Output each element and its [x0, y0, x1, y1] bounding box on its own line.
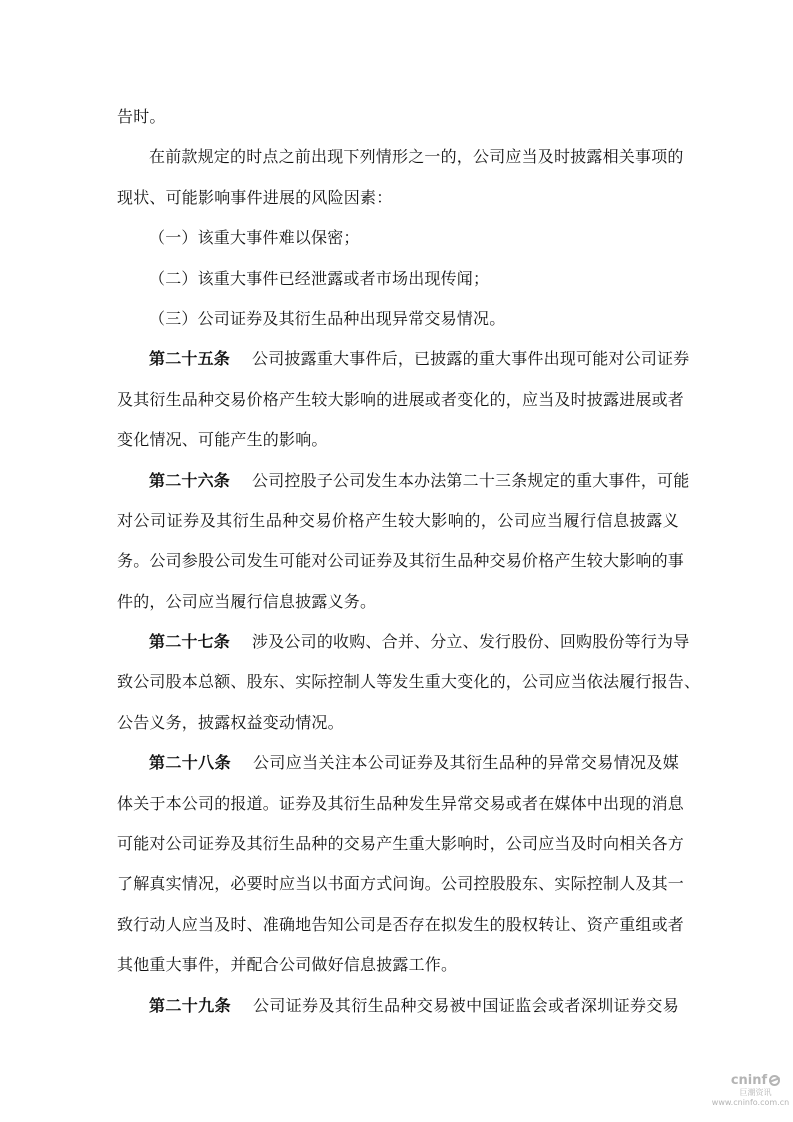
paragraph-risk-factors: 在前款规定的时点之前出现下列情形之一的，公司应当及时披露相关事项的 现状、可能影…: [117, 137, 679, 218]
cninfo-watermark: cninf 巨潮资讯 www.cninfo.com.cn: [718, 1069, 793, 1108]
article-number: 第二十九条: [149, 996, 231, 1015]
text-line: 件的，公司应当履行信息披露义务。: [117, 582, 679, 622]
article-first-line: 第二十六条公司控股子公司发生本办法第二十三条规定的重大事件，可能: [117, 461, 679, 501]
watermark-chinese-name: 巨潮资讯: [718, 1088, 793, 1098]
watermark-logo-text: cninf: [731, 1073, 767, 1088]
article-28: 第二十八条公司应当关注本公司证券及其衍生品种的异常交易情况及媒 体关于本公司的报…: [117, 743, 679, 985]
list-item: （一）该重大事件难以保密；: [117, 218, 679, 258]
text-line: 对公司证券及其衍生品种交易价格产生较大影响的，公司应当履行信息披露义: [117, 501, 679, 541]
text-line: 体关于本公司的报道。证券及其衍生品种发生异常交易或者在媒体中出现的消息: [117, 784, 679, 824]
cninfo-swirl-icon: [769, 1075, 780, 1086]
text-line: 致公司股本总额、股东、实际控制人等发生重大变化的，公司应当依法履行报告、: [117, 662, 679, 702]
document-page: 告时。 在前款规定的时点之前出现下列情形之一的，公司应当及时披露相关事项的 现状…: [117, 97, 679, 1026]
article-26: 第二十六条公司控股子公司发生本办法第二十三条规定的重大事件，可能 对公司证券及其…: [117, 461, 679, 623]
article-first-line: 第二十七条涉及公司的收购、合并、分立、发行股份、回购股份等行为导: [117, 622, 679, 662]
text-line: 了解真实情况，必要时应当以书面方式问询。公司控股股东、实际控制人及其一: [117, 864, 679, 904]
article-number: 第二十八条: [149, 753, 231, 772]
watermark-url: www.cninfo.com.cn: [708, 1098, 793, 1108]
text-line: 其他重大事件，并配合公司做好信息披露工作。: [117, 945, 679, 985]
article-27: 第二十七条涉及公司的收购、合并、分立、发行股份、回购股份等行为导 致公司股本总额…: [117, 622, 679, 743]
text-line: 可能对公司证券及其衍生品种的交易产生重大影响时，公司应当及时向相关各方: [117, 824, 679, 864]
text-line: 致行动人应当及时、准确地告知公司是否存在拟发生的股权转让、资产重组或者: [117, 905, 679, 945]
article-29: 第二十九条公司证券及其衍生品种交易被中国证监会或者深圳证券交易: [117, 986, 679, 1026]
list-risk-items: （一）该重大事件难以保密； （二）该重大事件已经泄露或者市场出现传闻； （三）公…: [117, 218, 679, 339]
list-item: （二）该重大事件已经泄露或者市场出现传闻；: [117, 259, 679, 299]
text-line: 在前款规定的时点之前出现下列情形之一的，公司应当及时披露相关事项的: [117, 137, 679, 177]
article-text: 公司应当关注本公司证券及其衍生品种的异常交易情况及媒: [253, 753, 679, 772]
text-line: 务。公司参股公司发生可能对公司证券及其衍生品种交易价格产生较大影响的事: [117, 541, 679, 581]
article-first-line: 第二十八条公司应当关注本公司证券及其衍生品种的异常交易情况及媒: [117, 743, 679, 783]
article-first-line: 第二十五条公司披露重大事件后，已披露的重大事件出现可能对公司证券: [117, 339, 679, 379]
text-line: 现状、可能影响事件进展的风险因素：: [117, 178, 679, 218]
text-line: 及其衍生品种交易价格产生较大影响的进展或者变化的，应当及时披露进展或者: [117, 380, 679, 420]
text-line: 变化情况、可能产生的影响。: [117, 420, 679, 460]
article-number: 第二十五条: [149, 349, 230, 368]
article-number: 第二十七条: [149, 632, 230, 651]
article-text: 公司披露重大事件后，已披露的重大事件出现可能对公司证券: [252, 349, 689, 368]
text-line: 告时。: [117, 97, 679, 137]
article-first-line: 第二十九条公司证券及其衍生品种交易被中国证监会或者深圳证券交易: [117, 986, 679, 1026]
article-text: 涉及公司的收购、合并、分立、发行股份、回购股份等行为导: [252, 632, 689, 651]
list-item: （三）公司证券及其衍生品种出现异常交易情况。: [117, 299, 679, 339]
text-line: 公告义务，披露权益变动情况。: [117, 703, 679, 743]
article-25: 第二十五条公司披露重大事件后，已披露的重大事件出现可能对公司证券 及其衍生品种交…: [117, 339, 679, 460]
article-text: 公司证券及其衍生品种交易被中国证监会或者深圳证券交易: [253, 996, 679, 1015]
article-number: 第二十六条: [149, 471, 230, 490]
watermark-logo: cninf: [731, 1073, 780, 1088]
article-text: 公司控股子公司发生本办法第二十三条规定的重大事件，可能: [252, 471, 689, 490]
